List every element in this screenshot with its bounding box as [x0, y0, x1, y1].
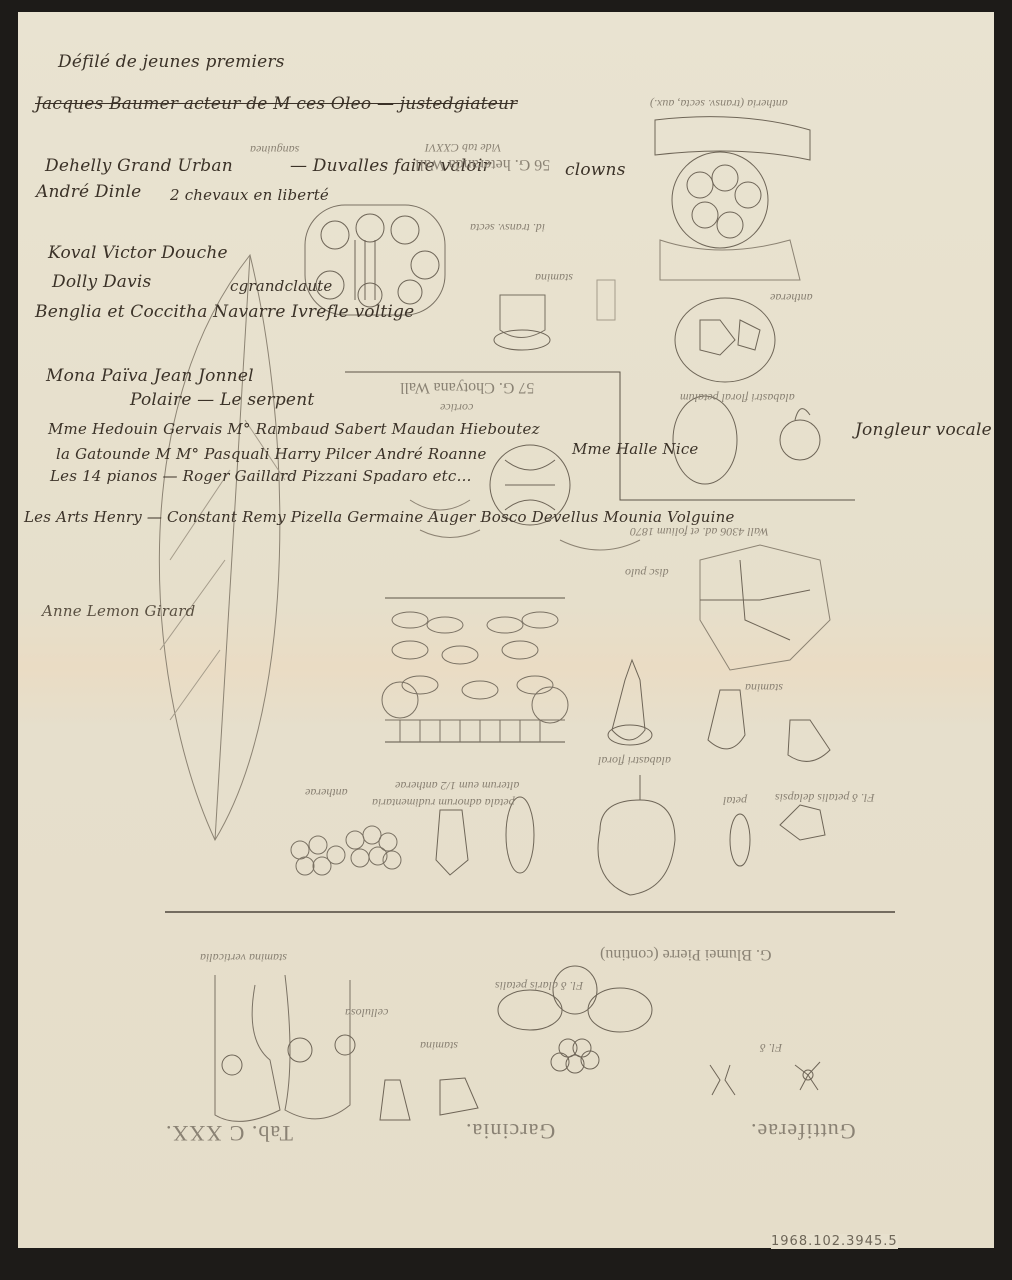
label-petalis-delapsis: Fl. δ petalis delapsis: [775, 790, 875, 805]
label-petala-adnorum: petala adnorum rudimentaria: [372, 795, 515, 810]
label-fl-delta: Fl. δ: [760, 1040, 782, 1055]
note-dolly-davis: Dolly Davis: [52, 272, 151, 292]
label-disc-pulo: disc pulo: [625, 565, 669, 580]
label-antheria: antheria (transv. secta, aux.): [650, 96, 788, 111]
note-gatounde: la Gatounde M M° Pasquali Harry Pilcer A…: [56, 445, 487, 463]
label-cellulosa: cellulosa: [345, 1005, 388, 1020]
label-antherae-1: antherae: [770, 290, 813, 305]
note-jacques-baumer: Jacques Baumer acteur de M ces Oleo — ju…: [35, 94, 518, 114]
note-chevaux: 2 chevaux en liberté: [170, 186, 329, 204]
note-koval: Koval Victor Douche: [48, 243, 228, 263]
label-chotyana: 57 G. Chotyana Wall: [400, 378, 534, 396]
label-petal: petal: [723, 793, 747, 808]
note-polaire: Polaire — Le serpent: [130, 390, 314, 410]
label-alterum: alterum eum 1/2 antherae: [395, 778, 519, 793]
botanical-drawings: [0, 0, 1012, 1280]
label-stamina-2: stamina: [745, 680, 783, 695]
label-cortice: cortice: [440, 400, 473, 415]
label-alaris-petalis: Fl. δ alaris petalis: [495, 978, 583, 993]
label-transv-secta: id. transv. secta: [470, 220, 545, 235]
accession-number: 1968.102.3945.5: [771, 1234, 898, 1249]
note-mona-paiva: Mona Païva Jean Jonnel: [46, 366, 254, 386]
label-g-blumei: G. Blumei Pierre (continu): [600, 945, 772, 963]
label-garcinia: Garcinia.: [465, 1118, 555, 1144]
note-andre-dinle: André Dinle: [36, 182, 141, 202]
note-halle-nice: Mme Halle Nice: [572, 440, 699, 458]
label-alabastri-floral: alabastri floral: [598, 753, 671, 768]
note-grandclaute: cgrandclaute: [230, 277, 333, 295]
label-sanguinea: sanguinea: [250, 142, 299, 157]
label-stamina-3: stamina: [420, 1038, 458, 1053]
note-defile: Défilé de jeunes premiers: [58, 52, 285, 72]
note-clowns: clowns: [565, 160, 626, 180]
label-wall-4306: Wall 4306 ad. et folium 1870: [630, 524, 769, 539]
note-hedouin: Mme Hedouin Gervais M° Rambaud Sabert Ma…: [48, 420, 540, 438]
note-benglia: Benglia et Coccitha Navarre Ivrefle volt…: [35, 302, 414, 322]
note-dehelly: Dehelly Grand Urban: [45, 156, 233, 176]
label-stamina-verticalia: stamina verticalia: [200, 950, 287, 965]
label-alabastri-petalum: alabastri floral petalum: [680, 390, 795, 405]
note-pianos: Les 14 pianos — Roger Gaillard Pizzani S…: [50, 467, 472, 485]
label-stamina-1: stamina: [535, 270, 573, 285]
note-arts-henry: Les Arts Henry — Constant Remy Pizella G…: [24, 508, 735, 526]
note-jongleur: Jongleur vocale: [855, 420, 992, 440]
label-heteranda: 56 G. heteranda Wall: [415, 155, 550, 173]
note-anne-lemon: Anne Lemon Girard: [42, 602, 195, 620]
label-vide-tab: Vide tab CXXVI: [425, 140, 501, 155]
label-guttiferae: Guttiferae.: [750, 1118, 856, 1144]
label-tab-cxxx: Tab. C XXX.: [165, 1120, 293, 1146]
label-antherae-2: antherae: [305, 785, 348, 800]
